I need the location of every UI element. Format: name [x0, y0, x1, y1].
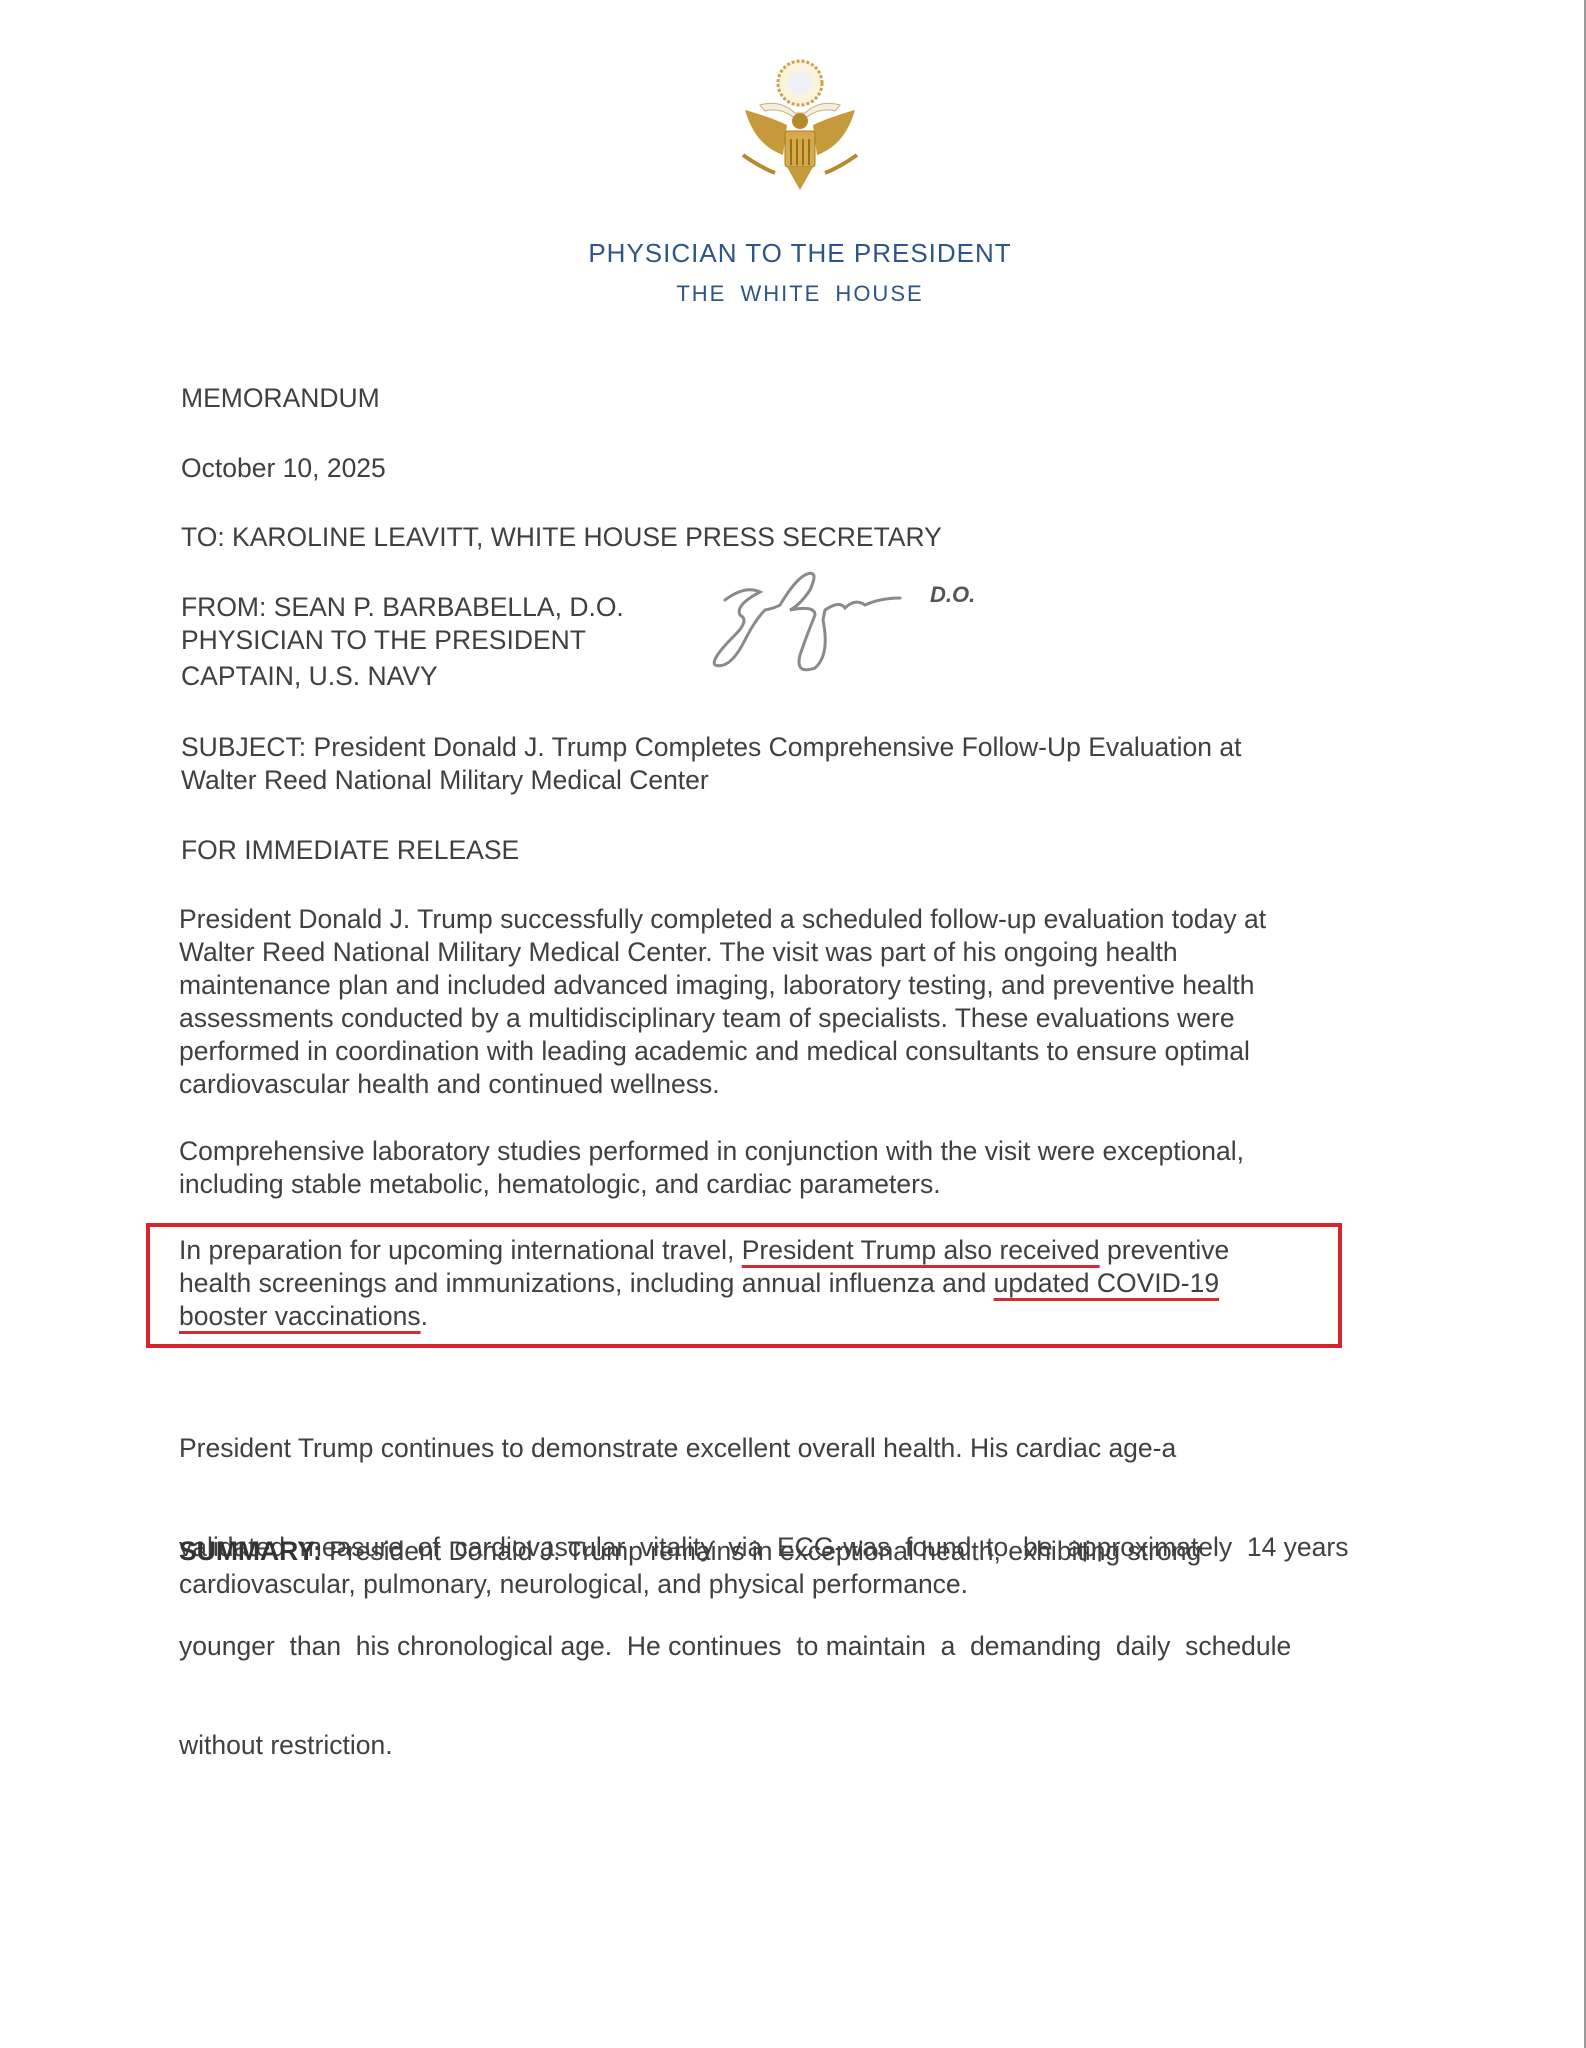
great-seal-eagle-icon	[735, 55, 865, 200]
paragraph-line: President Donald J. Trump successfully c…	[179, 903, 1379, 936]
memo-subject-line-1: SUBJECT: President Donald J. Trump Compl…	[181, 731, 1241, 764]
release-label: FOR IMMEDIATE RELEASE	[181, 834, 519, 867]
memo-from-rank: CAPTAIN, U.S. NAVY	[181, 660, 438, 693]
paragraph-line: Comprehensive laboratory studies perform…	[179, 1135, 1379, 1168]
underlined-phrase: updated COVID-19	[994, 1268, 1219, 1298]
paragraph-line: Walter Reed National Military Medical Ce…	[179, 936, 1379, 969]
summary-label: SUMMARY:	[179, 1536, 322, 1566]
signature: D.O.	[705, 560, 1005, 675]
letterhead-title: PHYSICIAN TO THE PRESIDENT	[0, 238, 1586, 269]
underlined-phrase: booster vaccinations	[179, 1301, 421, 1331]
memo-date: October 10, 2025	[181, 452, 386, 485]
underlined-phrase: President Trump also received	[742, 1235, 1100, 1265]
paragraph-line: SUMMARY: President Donald J. Trump remai…	[179, 1535, 1379, 1568]
paragraph-summary: SUMMARY: President Donald J. Trump remai…	[179, 1535, 1379, 1601]
signature-suffix: D.O.	[930, 582, 975, 607]
memo-from: FROM: SEAN P. BARBABELLA, D.O.	[181, 591, 624, 624]
paragraph-line: health screenings and immunizations, inc…	[179, 1267, 1379, 1300]
paragraph-line: without restriction.	[179, 1729, 1379, 1762]
memo-type: MEMORANDUM	[181, 382, 380, 415]
paragraph-line: assessments conducted by a multidiscipli…	[179, 1002, 1379, 1035]
memo-subject-line-2: Walter Reed National Military Medical Ce…	[181, 764, 709, 797]
memo-to: TO: KAROLINE LEAVITT, WHITE HOUSE PRESS …	[181, 521, 942, 554]
memo-from-title: PHYSICIAN TO THE PRESIDENT	[181, 624, 586, 657]
paragraph-immunizations: In preparation for upcoming internationa…	[179, 1234, 1379, 1333]
paragraph-line: cardiovascular health and continued well…	[179, 1068, 1379, 1101]
paragraph-evaluation: President Donald J. Trump successfully c…	[179, 903, 1379, 1101]
paragraph-line: President Trump continues to demonstrate…	[179, 1432, 1379, 1465]
paragraph-line: including stable metabolic, hematologic,…	[179, 1168, 1379, 1201]
paragraph-line: performed in coordination with leading a…	[179, 1035, 1379, 1068]
letterhead-subtitle: THE WHITE HOUSE	[0, 281, 1586, 307]
paragraph-line: booster vaccinations.	[179, 1300, 1379, 1333]
paragraph-line: maintenance plan and included advanced i…	[179, 969, 1379, 1002]
paragraph-laboratory: Comprehensive laboratory studies perform…	[179, 1135, 1379, 1201]
paragraph-line: younger than his chronological age. He c…	[179, 1630, 1379, 1663]
paragraph-line: In preparation for upcoming internationa…	[179, 1234, 1379, 1267]
paragraph-line: cardiovascular, pulmonary, neurological,…	[179, 1568, 1379, 1601]
